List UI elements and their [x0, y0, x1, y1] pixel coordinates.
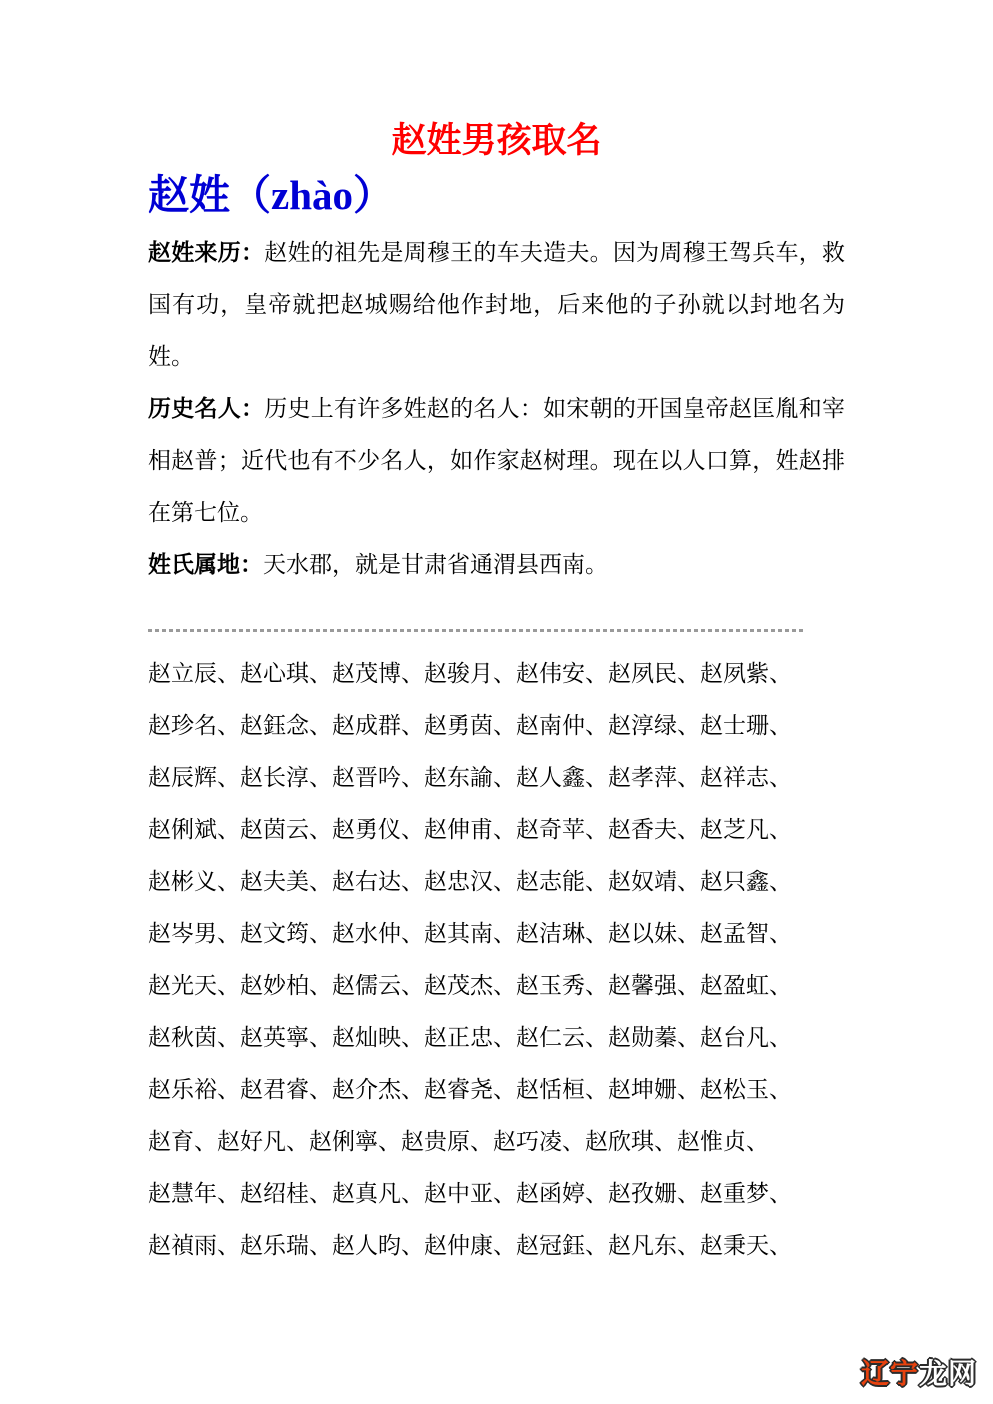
paragraph-famous-people-label: 历史名人： [148, 396, 264, 421]
site-watermark: 辽宁龙网 [861, 1352, 977, 1392]
name-list-line-6: 赵岑男、赵文筠、赵水仲、赵其南、赵洁琳、赵以妹、赵孟智、 [148, 908, 845, 960]
name-list-line-10: 赵育、赵好凡、赵俐寧、赵贵原、赵巧凌、赵欣琪、赵惟贞、 [148, 1116, 845, 1168]
surname-heading: 赵姓（zhào） [148, 172, 845, 219]
name-list: 赵立辰、赵心琪、赵茂博、赵骏月、赵伟安、赵夙民、赵夙紫、 赵珍名、赵鈺念、赵成群… [148, 648, 845, 1272]
document-page: 赵姓男孩取名 赵姓（zhào） 赵姓来历：赵姓的祖先是周穆王的车夫造夫。因为周穆… [0, 0, 993, 1272]
paragraph-famous-people: 历史名人：历史上有许多姓赵的名人：如宋朝的开国皇帝赵匡胤和宰相赵普；近代也有不少… [148, 383, 845, 539]
paragraph-territory-text: 天水郡，就是甘肃省通渭县西南。 [263, 552, 608, 577]
name-list-line-5: 赵彬义、赵夫美、赵右达、赵忠汉、赵志能、赵奴靖、赵只鑫、 [148, 856, 845, 908]
paragraph-origin: 赵姓来历：赵姓的祖先是周穆王的车夫造夫。因为周穆王驾兵车，救国有功，皇帝就把赵城… [148, 227, 845, 383]
watermark-liaoning-text: 辽宁 [861, 1358, 919, 1389]
page-title: 赵姓男孩取名 [148, 0, 845, 162]
watermark-longwang-text: 龙网 [919, 1358, 977, 1389]
name-list-line-3: 赵辰辉、赵长淳、赵晋吟、赵东諭、赵人鑫、赵孝萍、赵祥志、 [148, 752, 845, 804]
name-list-line-8: 赵秋茵、赵英寧、赵灿映、赵正忠、赵仁云、赵勋蓁、赵台凡、 [148, 1012, 845, 1064]
dashed-divider [148, 629, 804, 632]
name-list-line-1: 赵立辰、赵心琪、赵茂博、赵骏月、赵伟安、赵夙民、赵夙紫、 [148, 648, 845, 700]
name-list-line-11: 赵慧年、赵绍桂、赵真凡、赵中亚、赵函婷、赵孜姗、赵重梦、 [148, 1168, 845, 1220]
paragraph-territory: 姓氏属地：天水郡，就是甘肃省通渭县西南。 [148, 539, 845, 591]
intro-text-block: 赵姓来历：赵姓的祖先是周穆王的车夫造夫。因为周穆王驾兵车，救国有功，皇帝就把赵城… [148, 227, 845, 591]
name-list-line-4: 赵俐斌、赵茵云、赵勇仪、赵伸甫、赵奇苹、赵香夫、赵芝凡、 [148, 804, 845, 856]
name-list-line-12: 赵禎雨、赵乐瑞、赵人昀、赵仲康、赵冠鈺、赵凡东、赵秉天、 [148, 1220, 845, 1272]
name-list-line-2: 赵珍名、赵鈺念、赵成群、赵勇茵、赵南仲、赵淳绿、赵士珊、 [148, 700, 845, 752]
paragraph-origin-label: 赵姓来历： [148, 240, 264, 265]
name-list-line-9: 赵乐裕、赵君睿、赵介杰、赵睿尧、赵恬桓、赵坤姗、赵松玉、 [148, 1064, 845, 1116]
name-list-line-7: 赵光天、赵妙柏、赵儒云、赵茂杰、赵玉秀、赵馨强、赵盈虹、 [148, 960, 845, 1012]
paragraph-territory-label: 姓氏属地： [148, 552, 263, 577]
